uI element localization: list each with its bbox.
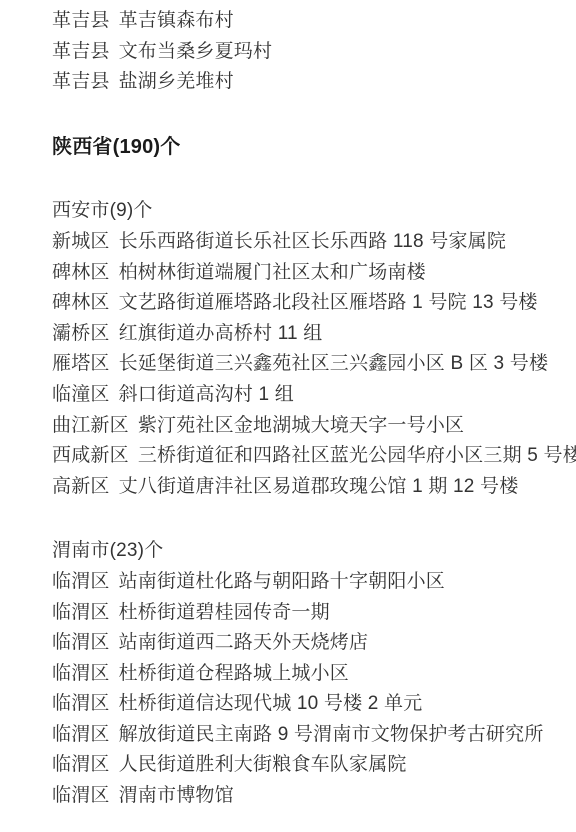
address-text: 文布当桑乡夏玛村	[119, 41, 273, 62]
address-text: 杜桥街道信达现代城 10 号楼 2 单元	[119, 693, 423, 714]
address-text: 红旗街道办高桥村 11 组	[119, 323, 323, 344]
district-label: 临渭区	[52, 724, 110, 745]
list-item: 临渭区杜桥街道信达现代城 10 号楼 2 单元	[52, 689, 558, 720]
list-item: 临渭区解放街道民主南路 9 号渭南市文物保护考古研究所	[52, 720, 558, 751]
address-text: 文艺路街道雁塔路北段社区雁塔路 1 号院 13 号楼	[119, 292, 538, 313]
district-label: 新城区	[52, 231, 110, 252]
list-item: 雁塔区长延堡街道三兴鑫苑社区三兴鑫园小区 B 区 3 号楼	[52, 349, 558, 380]
list-item: 高新区丈八街道唐沣社区易道郡玫瑰公馆 1 期 12 号楼	[52, 472, 558, 503]
list-item: 临潼区斜口街道高沟村 1 组	[52, 380, 558, 411]
list-item: 临渭区杜桥街道碧桂园传奇一期	[52, 598, 558, 629]
district-label: 高新区	[52, 476, 110, 497]
list-item: 灞桥区红旗街道办高桥村 11 组	[52, 319, 558, 350]
list-item: 革吉县革吉镇森布村	[52, 6, 558, 37]
list-item: 临渭区人民街道胜利大街粮食车队家属院	[52, 750, 558, 781]
list-item: 临渭区站南街道西二路天外天烧烤店	[52, 628, 558, 659]
district-label: 革吉县	[52, 71, 110, 92]
district-label: 临渭区	[52, 571, 110, 592]
list-item: 曲江新区紫汀苑社区金地湖城大境天字一号小区	[52, 411, 558, 442]
address-text: 渭南市博物馆	[119, 785, 234, 806]
district-label: 临渭区	[52, 632, 110, 653]
address-text: 革吉镇森布村	[119, 10, 234, 31]
section-gap	[52, 162, 558, 196]
district-label: 临渭区	[52, 693, 110, 714]
district-label: 曲江新区	[52, 415, 129, 436]
list-item: 西咸新区三桥街道征和四路社区蓝光公园华府小区三期 5 号楼	[52, 441, 558, 472]
district-label: 碑林区	[52, 292, 110, 313]
address-text: 站南街道杜化路与朝阳路十字朝阳小区	[119, 571, 445, 592]
address-text: 杜桥街道仓程路城上城小区	[119, 663, 349, 684]
list-item: 碑林区文艺路街道雁塔路北段社区雁塔路 1 号院 13 号楼	[52, 288, 558, 319]
city-heading: 渭南市(23)个	[52, 536, 558, 567]
address-text: 站南街道西二路天外天烧烤店	[119, 632, 369, 653]
list-item: 革吉县盐湖乡羌堆村	[52, 67, 558, 98]
province-heading: 陕西省(190)个	[52, 132, 558, 163]
district-label: 灞桥区	[52, 323, 110, 344]
list-item: 碑林区柏树林街道端履门社区太和广场南楼	[52, 258, 558, 289]
district-label: 革吉县	[52, 41, 110, 62]
district-label: 临渭区	[52, 754, 110, 775]
address-text: 柏树林街道端履门社区太和广场南楼	[119, 262, 426, 283]
address-text: 杜桥街道碧桂园传奇一期	[119, 602, 330, 623]
address-text: 紫汀苑社区金地湖城大境天字一号小区	[138, 415, 464, 436]
district-label: 临渭区	[52, 602, 110, 623]
district-label: 革吉县	[52, 10, 110, 31]
section-gap	[52, 502, 558, 536]
address-text: 三桥街道征和四路社区蓝光公园华府小区三期 5 号楼	[138, 445, 576, 466]
district-label: 雁塔区	[52, 353, 110, 374]
list-item: 革吉县文布当桑乡夏玛村	[52, 37, 558, 68]
district-label: 临渭区	[52, 663, 110, 684]
list-item: 新城区长乐西路街道长乐社区长乐西路 118 号家属院	[52, 227, 558, 258]
list-item: 临渭区杜桥街道仓程路城上城小区	[52, 659, 558, 690]
address-text: 人民街道胜利大街粮食车队家属院	[119, 754, 407, 775]
address-text: 长乐西路街道长乐社区长乐西路 118 号家属院	[119, 231, 506, 252]
list-item: 临渭区渭南市博物馆	[52, 781, 558, 812]
address-text: 丈八街道唐沣社区易道郡玫瑰公馆 1 期 12 号楼	[119, 476, 519, 497]
district-label: 临潼区	[52, 384, 110, 405]
district-label: 西咸新区	[52, 445, 129, 466]
address-text: 解放街道民主南路 9 号渭南市文物保护考古研究所	[119, 724, 544, 745]
district-label: 碑林区	[52, 262, 110, 283]
list-item: 临渭区站南街道杜化路与朝阳路十字朝阳小区	[52, 567, 558, 598]
city-heading: 西安市(9)个	[52, 196, 558, 227]
district-label: 临渭区	[52, 785, 110, 806]
address-text: 长延堡街道三兴鑫苑社区三兴鑫园小区 B 区 3 号楼	[119, 353, 549, 374]
document-page: 革吉县革吉镇森布村 革吉县文布当桑乡夏玛村 革吉县盐湖乡羌堆村 陕西省(190)…	[0, 0, 576, 812]
address-text: 斜口街道高沟村 1 组	[119, 384, 294, 405]
section-gap	[52, 98, 558, 132]
address-text: 盐湖乡羌堆村	[119, 71, 234, 92]
